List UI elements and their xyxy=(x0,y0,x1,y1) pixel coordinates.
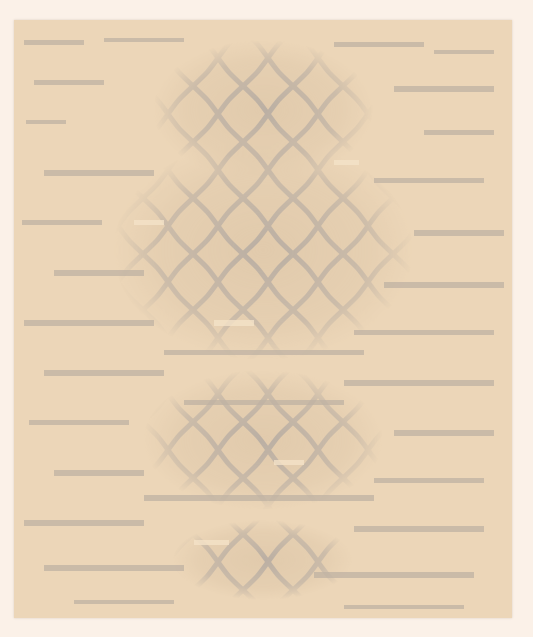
rug-pattern xyxy=(14,20,512,618)
rug xyxy=(14,20,512,618)
